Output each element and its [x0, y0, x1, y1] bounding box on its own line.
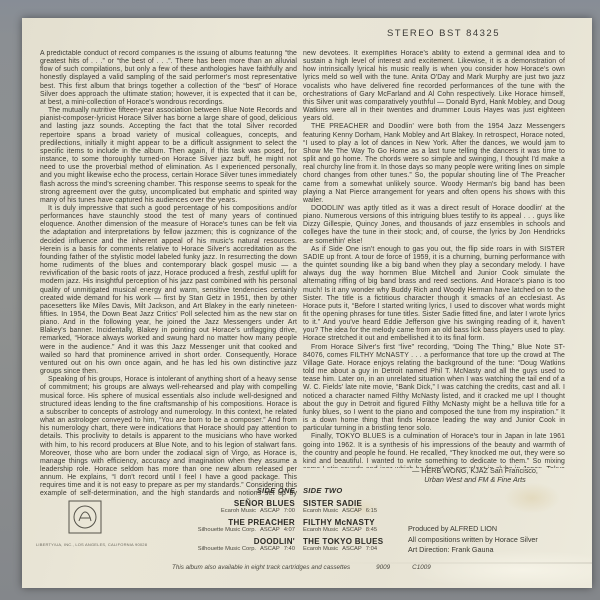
liner-paragraph: DOODLIN' was aptly titled as it was a di…: [303, 205, 565, 246]
track-duration: 7:04: [366, 546, 377, 552]
track-title: THE PREACHER: [137, 518, 295, 527]
catalog-number: STEREO BST 84325: [387, 28, 500, 39]
author-attribution: — HERB WONG, KJAZ San Francisco, Urban W…: [380, 466, 570, 484]
attribution-line-1: — HERB WONG, KJAZ San Francisco,: [380, 466, 570, 475]
liner-paragraph: A predictable conduct of record companie…: [40, 50, 297, 107]
availability-note: This album also available in eight track…: [172, 564, 431, 571]
catalog-num-8track: 9009: [376, 564, 390, 571]
track-license: ASCAP: [260, 508, 280, 514]
catalog-num-cassette: C1009: [412, 564, 431, 571]
track-item: SISTER SADIE Ecaroh MusicASCAP6:15: [303, 499, 461, 515]
track-publishing: Silhouette Music Corp.ASCAP4:07: [137, 527, 295, 533]
liner-notes-column-1: A predictable conduct of record companie…: [40, 50, 297, 498]
attribution-line-2: Urban West and FM & Fine Arts: [380, 475, 570, 484]
side-two-heading: SIDE TWO: [303, 486, 461, 495]
scan-background: STEREO BST 84325 A predictable conduct o…: [0, 0, 600, 600]
track-title: SISTER SADIE: [303, 499, 461, 508]
producer-credit: Produced by ALFRED LION: [408, 524, 538, 535]
track-item: DOODLIN' Silhouette Music Corp.ASCAP7:40: [137, 537, 295, 553]
label-logo-block: [68, 500, 102, 539]
album-back-cover: STEREO BST 84325 A predictable conduct o…: [22, 18, 592, 588]
track-license: ASCAP: [342, 527, 362, 533]
track-publishing: Ecaroh MusicASCAP6:15: [303, 508, 461, 514]
track-duration: 7:00: [284, 508, 295, 514]
track-license: ASCAP: [260, 546, 280, 552]
liner-paragraph: Finally, TOKYO BLUES is a culmination of…: [303, 433, 565, 468]
availability-text: This album also available in eight track…: [172, 564, 350, 571]
side-one-heading: SIDE ONE: [137, 486, 295, 495]
liner-notes-column-2: new devotees. It exemplifies Horace's ab…: [303, 50, 565, 468]
liner-paragraph: The mutually nutritive fifteen-year asso…: [40, 107, 297, 205]
track-title: SEÑOR BLUES: [137, 499, 295, 508]
liner-paragraph: It is duly impressive that such a good p…: [40, 205, 297, 376]
production-credits: Produced by ALFRED LION All compositions…: [408, 524, 538, 556]
track-publisher: Ecaroh Music: [303, 508, 338, 514]
track-title: DOODLIN': [137, 537, 295, 546]
liner-paragraph: As if Side One isn't enough to gas you o…: [303, 246, 565, 344]
track-publisher: Ecaroh Music: [303, 527, 338, 533]
track-duration: 7:40: [284, 546, 295, 552]
liner-paragraph: THE PREACHER and Doodlin' were both from…: [303, 123, 565, 205]
track-license: ASCAP: [342, 546, 362, 552]
track-publishing: Ecaroh MusicASCAP7:00: [137, 508, 295, 514]
liner-paragraph: new devotees. It exemplifies Horace's ab…: [303, 50, 565, 123]
track-duration: 8:45: [366, 527, 377, 533]
track-item: THE PREACHER Silhouette Music Corp.ASCAP…: [137, 518, 295, 534]
track-license: ASCAP: [260, 527, 280, 533]
liner-paragraph: From Horace Silver's first “live” record…: [303, 344, 565, 434]
track-duration: 4:07: [284, 527, 295, 533]
track-item: SEÑOR BLUES Ecaroh MusicASCAP7:00: [137, 499, 295, 515]
liberty-ua-logo-icon: [68, 521, 102, 538]
track-publisher: Ecaroh Music: [221, 508, 256, 514]
composer-credit: All compositions written by Horace Silve…: [408, 535, 538, 546]
tracklist-side-one: SIDE ONE SEÑOR BLUES Ecaroh MusicASCAP7:…: [137, 486, 295, 552]
track-publisher: Silhouette Music Corp.: [198, 527, 256, 533]
art-direction-credit: Art Direction: Frank Gauna: [408, 545, 538, 556]
track-duration: 6:15: [366, 508, 377, 514]
track-publisher: Ecaroh Music: [303, 546, 338, 552]
track-publishing: Silhouette Music Corp.ASCAP7:40: [137, 546, 295, 552]
track-publisher: Silhouette Music Corp.: [198, 546, 256, 552]
track-license: ASCAP: [342, 508, 362, 514]
liner-paragraph: Speaking of his groups, Horace is intole…: [40, 376, 297, 498]
